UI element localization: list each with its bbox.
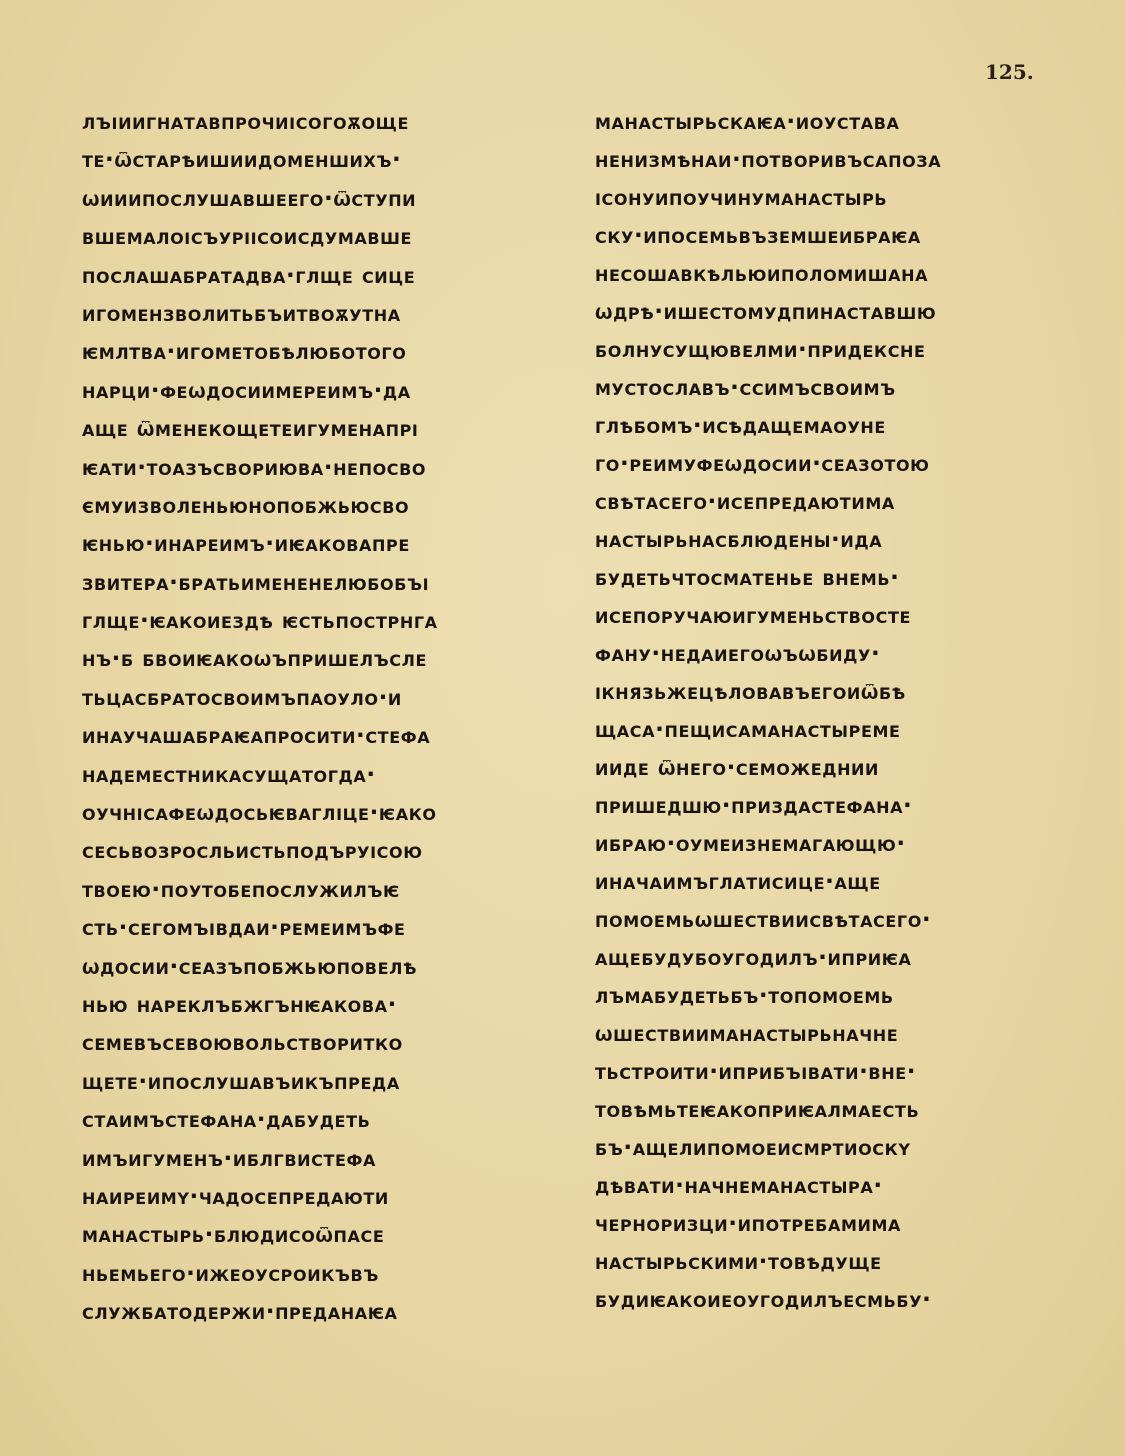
text-line: ньемьего·ижеоусроикъвъ xyxy=(82,1252,552,1290)
text-line: будетьчтосматенье внемь· xyxy=(595,556,1065,594)
text-line: бъ·ащелипомоеисмртиоскy xyxy=(595,1126,1065,1164)
text-line: нью нареклъбжгънѥакова· xyxy=(82,983,552,1021)
text-line: надеместникасущатогда· xyxy=(82,753,552,791)
left-text-column: лъіиигнатавпрочиісогоѫоще те·ѿстарѣишиид… xyxy=(82,100,552,1329)
text-line: черноризци·ипотребамима xyxy=(595,1202,1065,1240)
text-line: настырьскими·товѣдуще xyxy=(595,1240,1065,1278)
text-line: го·реимуфеѡдосии·сеазотою xyxy=(595,442,1065,480)
text-line: ибраю·оумеизнемагающю· xyxy=(595,822,1065,860)
text-line: ісонуипоучинуманастырь xyxy=(595,176,1065,214)
text-line: звитера·братьимененелюбобъі xyxy=(82,561,552,599)
text-line: глще·ѥакоиездѣ ѥстьпострнга xyxy=(82,599,552,637)
page-number: 125. xyxy=(985,60,1034,84)
text-line: ѡииипослушавшеего·ѿступи xyxy=(82,177,552,215)
text-line: щаса·пещисаманастыреме xyxy=(595,708,1065,746)
text-line: стаимъстефана·дабудеть xyxy=(82,1098,552,1136)
text-line: ииде ѿнего·семожеднии xyxy=(595,746,1065,784)
text-line: будиѥакоиеоугодилъесмьбу· xyxy=(595,1278,1065,1316)
text-line: инаучашабраѥапросити·стефа xyxy=(82,714,552,752)
text-line: исепоручаюигуменьствосте xyxy=(595,594,1065,632)
text-line: оучнісафеѡдосьѥвагліце·ѥако xyxy=(82,791,552,829)
text-line: ѥати·тоазъсвориюва·непосво xyxy=(82,446,552,484)
text-line: пришедшю·приздастефана· xyxy=(595,784,1065,822)
text-line: тьстроити·иприбъівати·вне· xyxy=(595,1050,1065,1088)
text-line: манастырьскаѥа·иоустава xyxy=(595,100,1065,138)
text-line: наиреимy·чадосепредаюти xyxy=(82,1175,552,1213)
text-line: ску·ипосемьвъземшеибраѥа xyxy=(595,214,1065,252)
text-line: ікнязьжецѣловавъегоиѿбѣ xyxy=(595,670,1065,708)
text-line: иначаимъглатисице·аще xyxy=(595,860,1065,898)
text-line: сть·сегомъівдаи·ремеимъфе xyxy=(82,906,552,944)
text-line: нарци·феѡдосиимереимъ·да xyxy=(82,369,552,407)
text-line: свѣтасего·исепредаютима xyxy=(595,480,1065,518)
text-line: болнусущювелми·придексне xyxy=(595,328,1065,366)
text-line: манастырь·блюдисоѿпасе xyxy=(82,1213,552,1251)
right-text-column: манастырьскаѥа·иоустава ненизмѣнаи·потво… xyxy=(595,100,1065,1316)
text-line: твоею·поутобепослужилъѥ xyxy=(82,868,552,906)
text-line: мустославъ·ссимъсвоимъ xyxy=(595,366,1065,404)
text-line: товѣмьтеѥакоприѥалмаесть xyxy=(595,1088,1065,1126)
text-line: ненизмѣнаи·потворивъсапоза xyxy=(595,138,1065,176)
text-line: тьцасбратосвоимъпаоуло·и xyxy=(82,676,552,714)
text-line: службатодержи·преданаѥа xyxy=(82,1290,552,1328)
text-line: дѣвати·начнеманастыра· xyxy=(595,1164,1065,1202)
text-line: имъигуменъ·иблгвистефа xyxy=(82,1137,552,1175)
text-line: ѡдрѣ·ишестомудпинаставшю xyxy=(595,290,1065,328)
text-line: лъмабудетьбъ·топомоемь xyxy=(595,974,1065,1012)
text-line: несошавкѣльюиполомишана xyxy=(595,252,1065,290)
text-line: сесьвозросльистьподъруісою xyxy=(82,829,552,867)
text-line: послашабратадва·глще сице xyxy=(82,254,552,292)
text-line: ѥмлтва·игометобѣлюботого xyxy=(82,330,552,368)
text-line: фану·недаиегоѡъѡбиду· xyxy=(595,632,1065,670)
text-line: настырьнасблюдены·ида xyxy=(595,518,1065,556)
text-line: аще ѿменекощетеигуменапрі xyxy=(82,407,552,445)
text-line: ѡдосии·сеазъпобжьюповелѣ xyxy=(82,945,552,983)
text-line: ѡшествиимaнастырьначне xyxy=(595,1012,1065,1050)
text-line: нъ·б бвоиѥакоѡъпришелъсле xyxy=(82,637,552,675)
text-line: семевъсевоювольствориткo xyxy=(82,1021,552,1059)
text-line: ѥнью·инареимъ·иѥаковапре xyxy=(82,522,552,560)
text-line: ємуизволеньюнопобжьюсво xyxy=(82,484,552,522)
text-line: щете·ипослушавъикъпреда xyxy=(82,1060,552,1098)
text-line: лъіиигнатавпрочиісогоѫоще xyxy=(82,100,552,138)
text-line: вшемалоісъуріісоисдумавше xyxy=(82,215,552,253)
text-line: игомензволитьбъитвоѫутна xyxy=(82,292,552,330)
text-line: помоемьѡшествиисвѣтасего· xyxy=(595,898,1065,936)
text-line: глѣбомъ·исѣдащемаоуне xyxy=(595,404,1065,442)
text-line: те·ѿстарѣишиидоменшихъ· xyxy=(82,138,552,176)
text-line: ащебудубоугодилъ·иприѥа xyxy=(595,936,1065,974)
